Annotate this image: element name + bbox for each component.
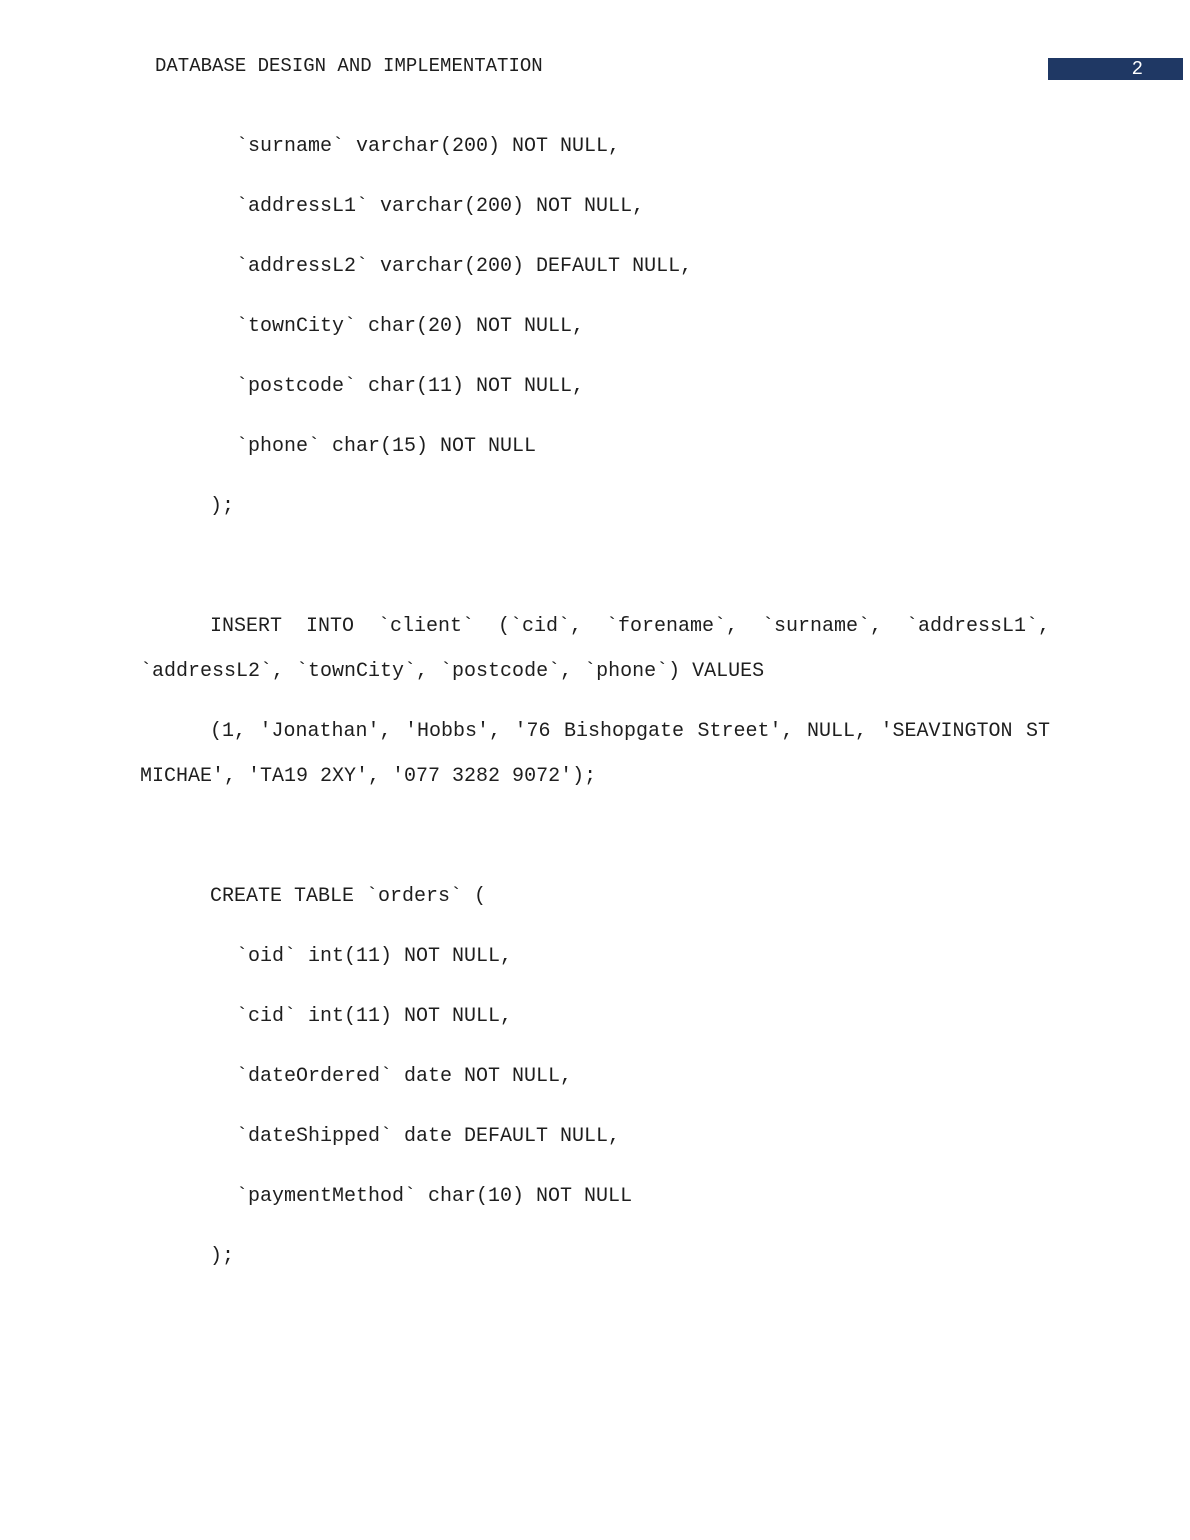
document-page: DATABASE DESIGN AND IMPLEMENTATION 2 `su… (0, 0, 1190, 1540)
code-line: `phone` char(15) NOT NULL (140, 424, 1050, 469)
code-line: CREATE TABLE `orders` ( (140, 874, 1050, 919)
code-line: `paymentMethod` char(10) NOT NULL (140, 1174, 1050, 1219)
code-line: ); (140, 484, 1050, 529)
code-line: MICHAE', 'TA19 2XY', '077 3282 9072'); (140, 754, 1050, 799)
blank-line (140, 544, 1050, 589)
code-line: `townCity` char(20) NOT NULL, (140, 304, 1050, 349)
code-line: `oid` int(11) NOT NULL, (140, 934, 1050, 979)
blank-line (140, 814, 1050, 859)
page-number-badge: 2 (1048, 58, 1183, 80)
code-line: `addressL2`, `townCity`, `postcode`, `ph… (140, 649, 1050, 694)
code-line: `surname` varchar(200) NOT NULL, (140, 124, 1050, 169)
document-body: `surname` varchar(200) NOT NULL, `addres… (140, 124, 1050, 1294)
code-line: (1, 'Jonathan', 'Hobbs', '76 Bishopgate … (140, 709, 1050, 754)
page-number: 2 (1132, 58, 1143, 80)
code-line: `cid` int(11) NOT NULL, (140, 994, 1050, 1039)
page-title: DATABASE DESIGN AND IMPLEMENTATION (155, 55, 543, 78)
code-line: `postcode` char(11) NOT NULL, (140, 364, 1050, 409)
code-line: INSERT INTO `client` (`cid`, `forename`,… (140, 604, 1050, 649)
code-line: `dateShipped` date DEFAULT NULL, (140, 1114, 1050, 1159)
code-line: `dateOrdered` date NOT NULL, (140, 1054, 1050, 1099)
code-line: ); (140, 1234, 1050, 1279)
code-line: `addressL1` varchar(200) NOT NULL, (140, 184, 1050, 229)
code-line: `addressL2` varchar(200) DEFAULT NULL, (140, 244, 1050, 289)
